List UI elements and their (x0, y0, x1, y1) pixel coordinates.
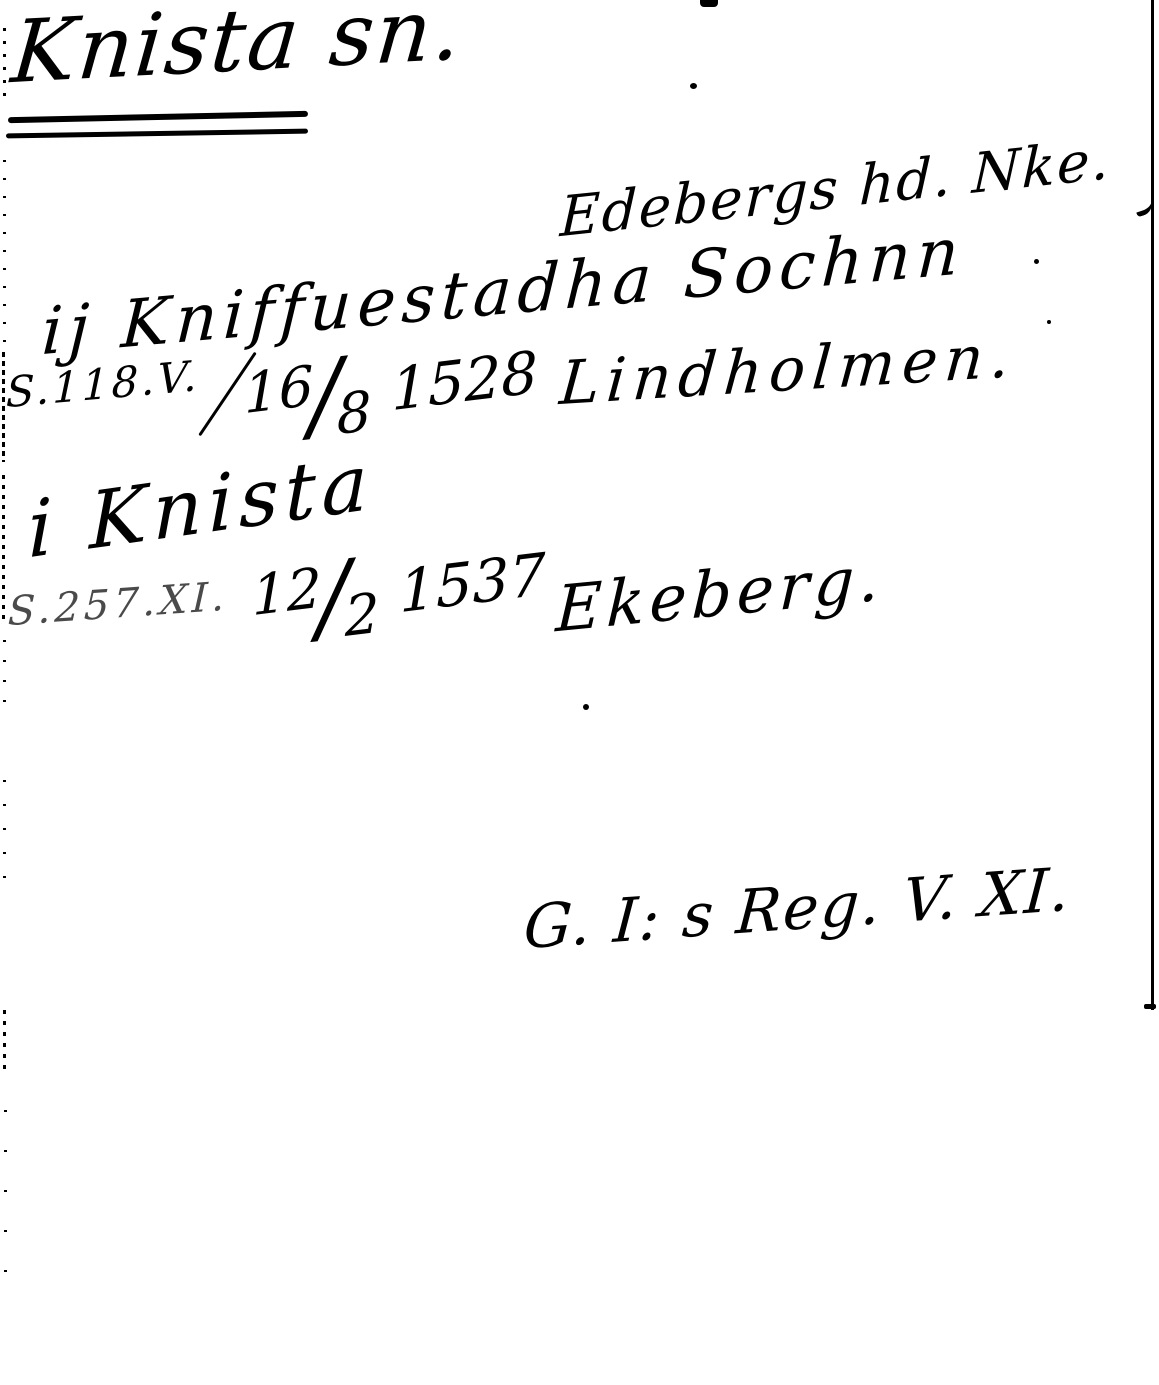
entry1-date-day: 16 (243, 353, 314, 426)
scan-artifact-left-5 (3, 640, 6, 710)
scan-artifact-left-4 (2, 475, 5, 625)
title-underline-bottom (6, 129, 308, 139)
scan-artifact-left-7 (3, 1010, 6, 1070)
source-citation: G. I: s Reg. V. XI. (522, 860, 1073, 959)
scan-artifact-left-3 (2, 352, 5, 462)
scan-artifact-top-speck (700, 0, 718, 7)
ink-speck-2 (1034, 259, 1039, 264)
scan-artifact-left-6 (3, 780, 6, 900)
ink-speck-3 (1047, 320, 1051, 324)
scan-artifact-left-1 (3, 28, 6, 98)
entry2-date-month: 2 (344, 580, 380, 649)
scan-artifact-left-8 (4, 1110, 7, 1290)
ink-speck-4 (690, 83, 697, 89)
scan-artifact-right-foot (1144, 1004, 1156, 1009)
title-underline-top (8, 111, 308, 123)
scan-card: Knista sn. Edebergs hd. Nke. ij Kniffues… (0, 0, 1159, 1385)
entry2-place: Ekeberg. (555, 546, 886, 641)
ink-speck-1 (583, 704, 589, 710)
scan-artifact-right-line (1151, 0, 1154, 1010)
parish-title: Knista sn. (8, 0, 466, 96)
entry2-date-year: 1537 (399, 540, 547, 626)
scan-artifact-left-2 (3, 160, 6, 350)
entry2-date-day: 12 (251, 555, 322, 628)
entry1-place: Lindholmen. (558, 326, 1019, 414)
entry2-page-ref: S.257.XI. (7, 577, 229, 633)
entry1-date-year: 1528 (391, 338, 539, 424)
entry1-date-month: 8 (336, 378, 372, 447)
entry1-page-ref: S.118.V. (6, 355, 200, 414)
